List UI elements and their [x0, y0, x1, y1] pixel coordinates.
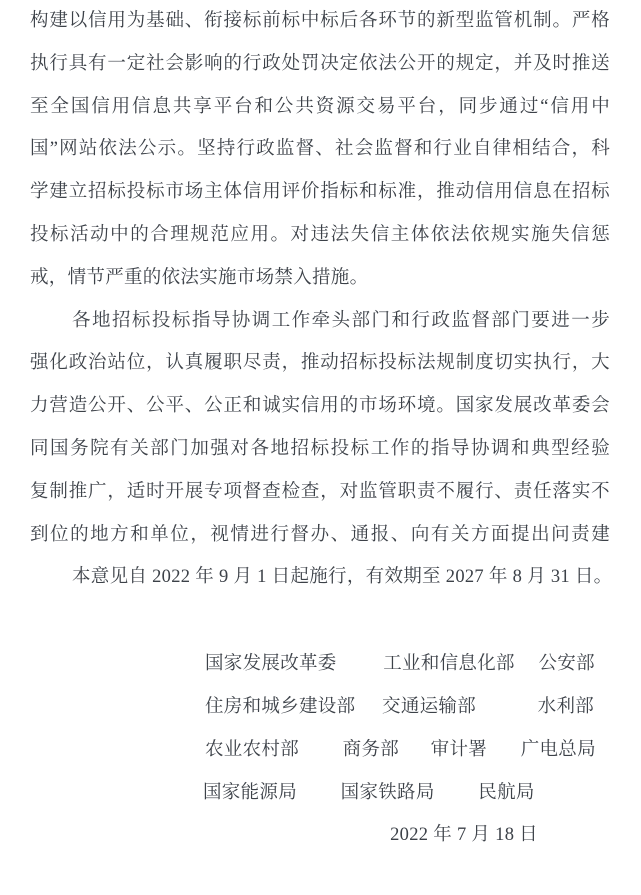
signature-item: 商务部: [343, 729, 399, 772]
signature-item: 农业农村部: [205, 729, 299, 772]
signature-item: 住房和城乡建设部: [205, 686, 355, 729]
text-line: 国”网站依法公示。坚持行政监督、社会监督和行业自律相结合，科: [30, 128, 610, 171]
text-line: 同国务院有关部门加强对各地招标投标工作的指导协调和典型经验: [30, 428, 610, 471]
text-line: 强化政治站位，认真履职尽责，推动招标投标法规制度切实执行，大: [30, 342, 610, 385]
signature-item: 水利部: [538, 686, 594, 729]
signature-item: 审计署: [431, 729, 487, 772]
text-line: 至全国信用信息共享平台和公共资源交易平台，同步通过“信用中: [30, 86, 610, 129]
paragraph: 本意见自 2022 年 9 月 1 日起施行，有效期至 2027 年 8 月 3…: [30, 556, 610, 599]
signature-item: 国家能源局: [203, 772, 297, 815]
text-line: 学建立招标投标市场主体信用评价指标和标准，推动信用信息在招标: [30, 171, 610, 214]
text-line: 力营造公开、公平、公正和诚实信用的市场环境。国家发展改革委会: [30, 385, 610, 428]
signature-row: 农业农村部 商务部 审计署 广电总局: [30, 729, 610, 772]
paragraph: 各地招标投标指导协调工作牵头部门和行政监督部门要进一步 强化政治站位，认真履职尽…: [30, 300, 610, 557]
signature-row: 国家能源局 国家铁路局 民航局: [30, 772, 610, 815]
signature-item: 工业和信息化部: [383, 643, 515, 686]
text-line: 复制推广，适时开展专项督查检查，对监管职责不履行、责任落实不: [30, 471, 610, 514]
text-line: 投标活动中的合理规范应用。对违法失信主体依法依规实施失信惩: [30, 214, 610, 257]
effective-date-line: 本意见自 2022 年 9 月 1 日起施行，有效期至 2027 年 8 月 3…: [30, 556, 610, 599]
text-line: 执行具有一定社会影响的行政处罚决定依法公开的规定，并及时推送: [30, 43, 610, 86]
signature-item: 民航局: [478, 772, 534, 815]
text-line: 各地招标投标指导协调工作牵头部门和行政监督部门要进一步: [30, 300, 610, 343]
issue-date: 2022 年 7 月 18 日: [30, 814, 610, 857]
text-line: 构建以信用为基础、衔接标前标中标后各环节的新型监管机制。严格: [30, 0, 610, 43]
signature-item: 国家铁路局: [341, 772, 435, 815]
document-page: 构建以信用为基础、衔接标前标中标后各环节的新型监管机制。严格 执行具有一定社会影…: [0, 0, 641, 895]
signature-item: 公安部: [538, 643, 594, 686]
signature-item: 国家发展改革委: [205, 643, 337, 686]
signature-row: 国家发展改革委 工业和信息化部 公安部: [30, 643, 610, 686]
signature-item: 交通运输部: [382, 686, 476, 729]
paragraph: 构建以信用为基础、衔接标前标中标后各环节的新型监管机制。严格 执行具有一定社会影…: [30, 0, 610, 300]
signature-row: 住房和城乡建设部 交通运输部 水利部: [30, 686, 610, 729]
signature-block: 国家发展改革委 工业和信息化部 公安部 住房和城乡建设部 交通运输部 水利部 农…: [30, 643, 610, 857]
signature-item: 广电总局: [521, 729, 596, 772]
text-line: 到位的地方和单位，视情进行督办、通报、向有关方面提出问责建议。: [30, 514, 610, 557]
text-line: 戒，情节严重的依法实施市场禁入措施。: [30, 257, 610, 300]
